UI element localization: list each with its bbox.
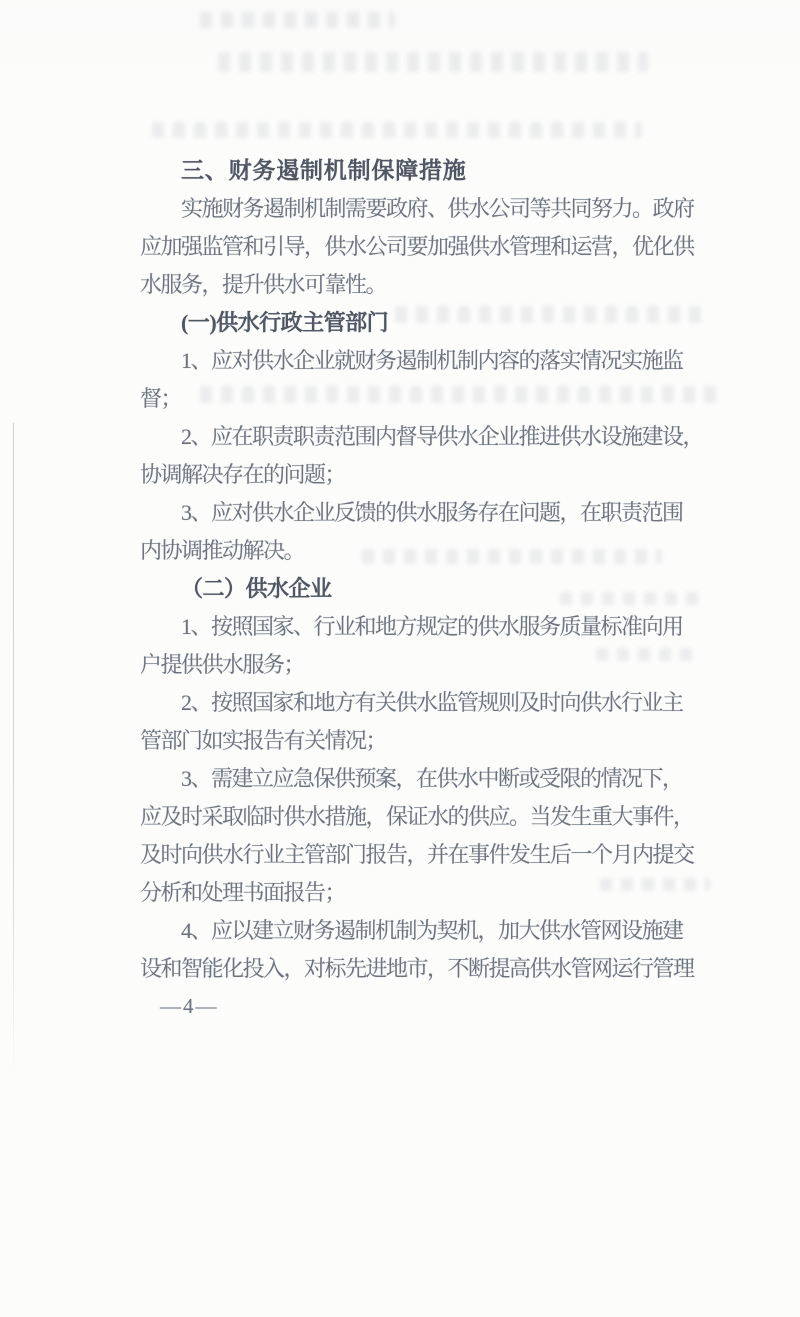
text-line: 督； xyxy=(140,380,700,418)
text-line: 3、需建立应急保供预案，在供水中断或受限的情况下， xyxy=(140,760,700,798)
text-line: 应及时采取临时供水措施，保证水的供应。当发生重大事件， xyxy=(140,798,700,836)
scan-smudge xyxy=(218,52,648,72)
page-edge-line xyxy=(13,423,14,1080)
text-line: 水服务，提升供水可靠性。 xyxy=(140,266,700,304)
text-line: 1、按照国家、行业和地方规定的供水服务质量标准向用 xyxy=(140,608,700,646)
text-line: 设和智能化投入，对标先进地市，不断提高供水管网运行管理 xyxy=(140,950,700,988)
text-line: 实施财务遏制机制需要政府、供水公司等共同努力。政府 xyxy=(140,190,700,228)
scanned-document-page: 三、财务遏制机制保障措施实施财务遏制机制需要政府、供水公司等共同努力。政府应加强… xyxy=(0,0,800,1317)
text-line: 3、应对供水企业反馈的供水服务存在问题，在职责范围 xyxy=(140,494,700,532)
section-heading: 三、财务遏制机制保障措施 xyxy=(140,152,700,190)
scan-smudge xyxy=(152,122,642,138)
text-line: 分析和处理书面报告； xyxy=(140,874,700,912)
document-body-text: 三、财务遏制机制保障措施实施财务遏制机制需要政府、供水公司等共同努力。政府应加强… xyxy=(140,152,700,988)
text-line: 4、应以建立财务遏制机制为契机，加大供水管网设施建 xyxy=(140,912,700,950)
scan-smudge xyxy=(200,12,395,28)
text-line: 及时向供水行业主管部门报告，并在事件发生后一个月内提交 xyxy=(140,836,700,874)
page-number: —4— xyxy=(160,994,219,1019)
text-line: 2、应在职责职责范围内督导供水企业推进供水设施建设， xyxy=(140,418,700,456)
text-line: 内协调推动解决。 xyxy=(140,532,700,570)
text-line: 1、应对供水企业就财务遏制机制内容的落实情况实施监 xyxy=(140,342,700,380)
text-line: 户提供供水服务； xyxy=(140,646,700,684)
section-heading: （二）供水企业 xyxy=(140,570,700,608)
section-heading: (一)供水行政主管部门 xyxy=(140,304,700,342)
text-line: 管部门如实报告有关情况； xyxy=(140,722,700,760)
text-line: 协调解决存在的问题； xyxy=(140,456,700,494)
text-line: 应加强监管和引导，供水公司要加强供水管理和运营，优化供 xyxy=(140,228,700,266)
text-line: 2、按照国家和地方有关供水监管规则及时向供水行业主 xyxy=(140,684,700,722)
